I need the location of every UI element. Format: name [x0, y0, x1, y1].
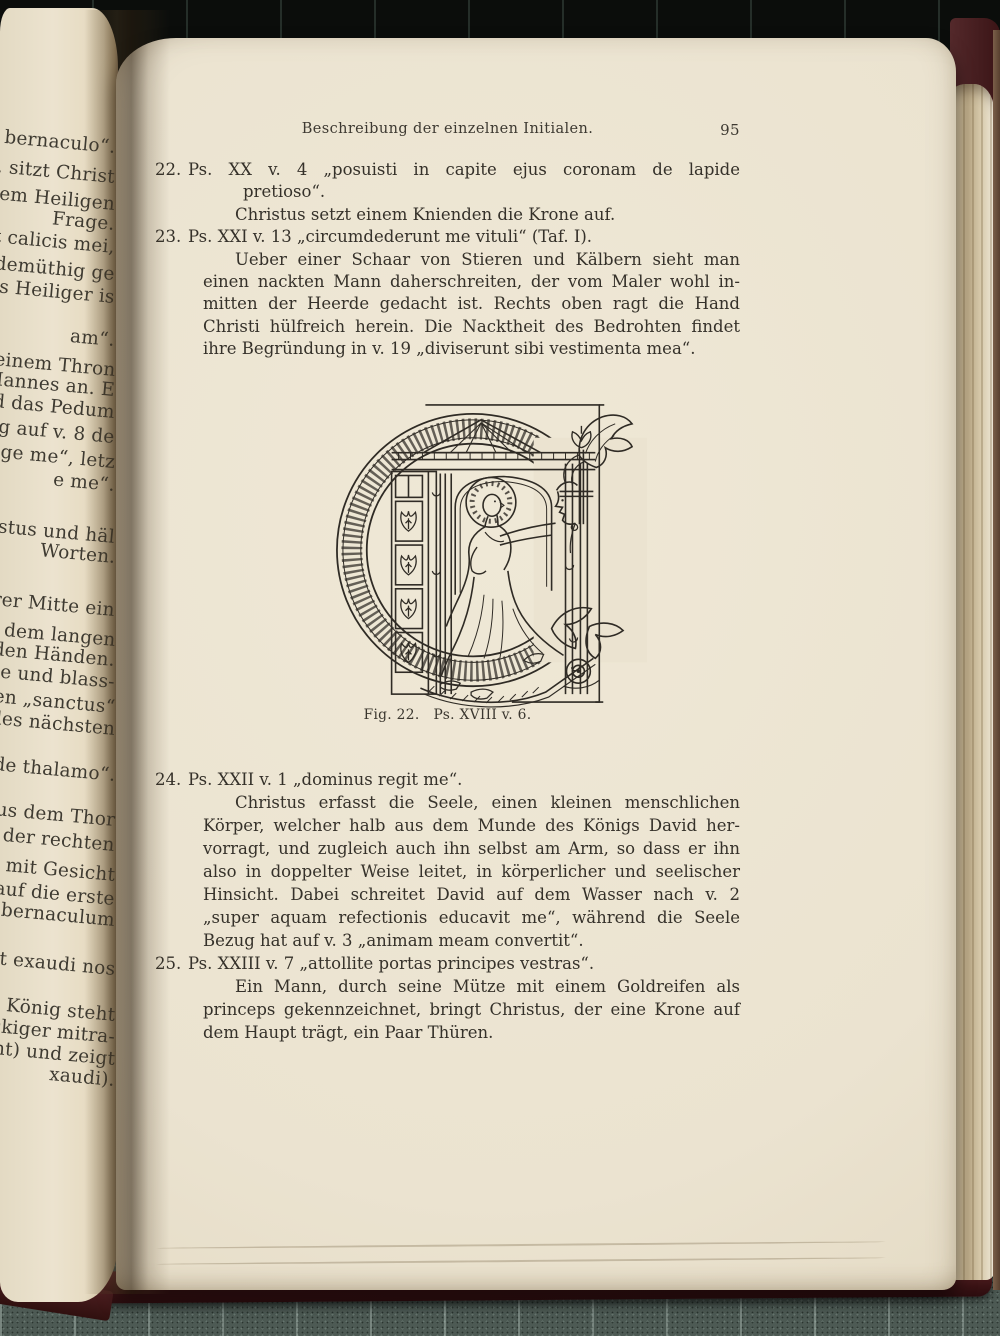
entry-number: 25.	[155, 952, 188, 975]
text-line: Hinsicht. Dabei schreitet David auf dem …	[155, 883, 740, 906]
text-line: Körper, welcher halb aus dem Munde des K…	[155, 814, 740, 837]
figure-caption: Fig. 22.Ps. XVIII v. 6.	[155, 707, 740, 723]
running-header-title: Beschreibung der einzelnen Initialen.	[302, 121, 594, 137]
text-column: Beschreibung der einzelnen Initialen. 95…	[155, 38, 740, 1290]
entry-heading-line: 24.Ps. XXII v. 1 „dominus regit me“.	[155, 768, 740, 791]
initial-letter-c-engraving	[329, 396, 647, 714]
left-facing-page: bernaculo“. teht, sitzt Christ t rothem …	[0, 8, 118, 1302]
entry-heading-text: Ps. XXIII v. 7 „attollite portas princip…	[188, 954, 594, 973]
text-line: Ueber einer Schaar von Stieren und Kälbe…	[155, 249, 740, 271]
left-page-text-fragment: teht, sitzt Christ	[0, 153, 116, 188]
text-line: pretioso“.	[155, 181, 740, 203]
text-line: also in doppelter Weise leitet, in körpe…	[155, 860, 740, 883]
entry-heading-line: 25.Ps. XXIII v. 7 „attollite portas prin…	[155, 952, 740, 975]
text-line: mitten der Heerde gedacht ist. Rechts ob…	[155, 293, 740, 315]
running-header: Beschreibung der einzelnen Initialen. 95	[155, 121, 740, 137]
text-line: dem Haupt trägt, ein Paar Thüren.	[155, 1021, 740, 1044]
entry-heading-line: 22.Ps. XX v. 4 „posuisti in capite ejus …	[155, 159, 740, 181]
entry-heading-text: Ps. XXII v. 1 „dominus regit me“.	[188, 770, 462, 789]
left-page-text-fragment: t exaudi nos	[0, 949, 116, 980]
entry-number: 24.	[155, 768, 188, 791]
text-line: ihre Begründung in v. 19 „diviserunt sib…	[155, 338, 740, 360]
entry-number: 23.	[155, 226, 188, 248]
text-line: Ein Mann, durch seine Mütze mit einem Go…	[155, 975, 740, 998]
text-line: Christi hülfreich herein. Die Nacktheit …	[155, 316, 740, 338]
left-page-text-fragment: de thalamo“.	[0, 754, 116, 786]
figure-caption-ref: Ps. XVIII v. 6.	[434, 707, 532, 723]
book-cover-right-edge	[993, 30, 1000, 1290]
text-line: Christus erfasst die Seele, einen kleine…	[155, 791, 740, 814]
book-photograph: bernaculo“. teht, sitzt Christ t rothem …	[0, 0, 1000, 1336]
entry-heading-text: Ps. XX v. 4 „posuisti in capite ejus cor…	[188, 160, 740, 179]
text-line: vorragt, und zugleich auch ihn selbst am…	[155, 837, 740, 860]
main-page: Beschreibung der einzelnen Initialen. 95…	[116, 38, 956, 1290]
text-line: „super aquam refectionis educavit me“, w…	[155, 906, 740, 929]
left-page-text-fragment: Frage.	[52, 208, 116, 235]
entry-heading-line: 23.Ps. XXI v. 13 „circumdederunt me vitu…	[155, 226, 740, 248]
left-page-text-fragment: am“.	[70, 326, 116, 351]
text-line: Christus setzt einem Knienden die Krone …	[155, 204, 740, 226]
text-line: Bezug hat auf v. 3 „animam meam converti…	[155, 929, 740, 952]
figure-caption-label: Fig. 22.	[364, 707, 420, 723]
text-line: einen nackten Mann daherschreiten, der v…	[155, 271, 740, 293]
left-page-text-fragment: ihrer Mitte ein	[0, 587, 116, 621]
text-block-upper: 22.Ps. XX v. 4 „posuisti in capite ejus …	[155, 159, 740, 361]
entry-heading-text: Ps. XXI v. 13 „circumdederunt me vituli“…	[188, 227, 592, 246]
left-page-text-fragment: e me“.	[52, 469, 116, 496]
page-number: 95	[720, 121, 740, 139]
entry-number: 22.	[155, 159, 188, 181]
text-line: princeps gekennzeichnet, bringt Christus…	[155, 998, 740, 1021]
text-block-lower: 24.Ps. XXII v. 1 „dominus regit me“. Chr…	[155, 768, 740, 1044]
left-page-text-fragment: bernaculo“.	[3, 127, 116, 158]
